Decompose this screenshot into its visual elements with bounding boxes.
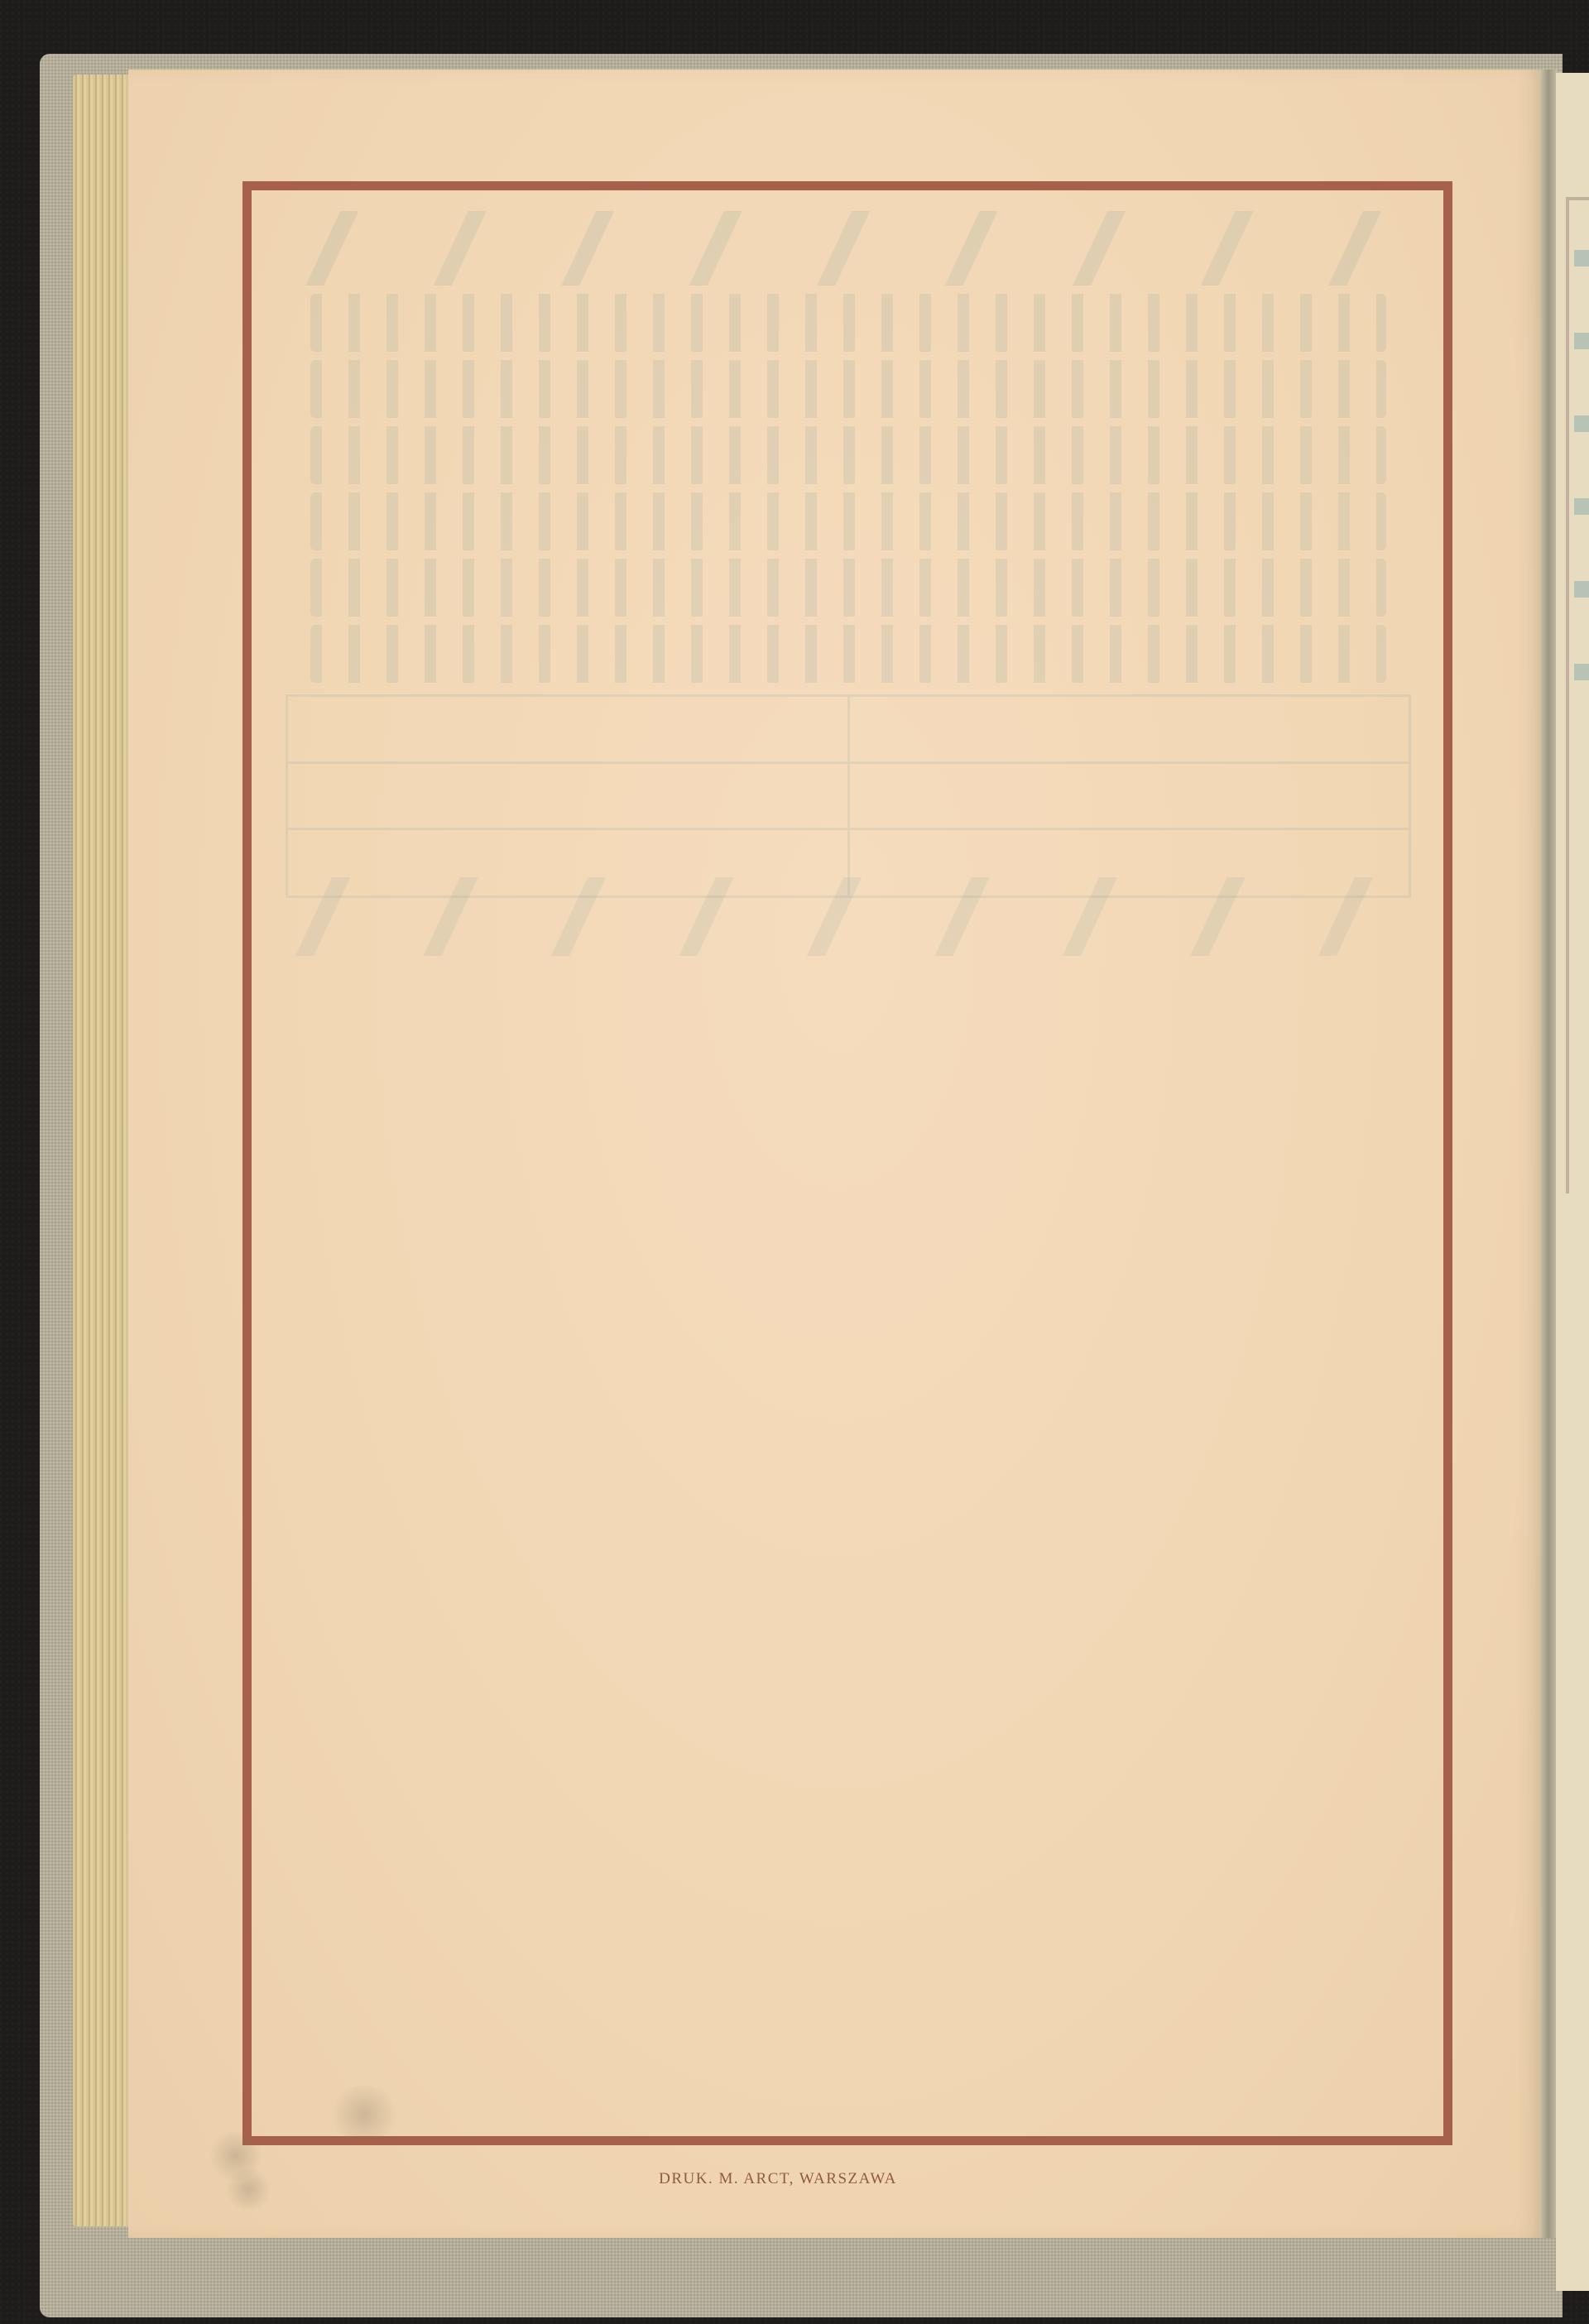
book-gutter [1539,70,1558,2238]
decorative-red-frame [242,181,1452,2145]
printer-imprint-text: DRUK. M. ARCT, WARSZAWA [659,2170,897,2187]
stain [327,2086,401,2144]
facing-page-edge [1556,73,1589,2291]
printer-imprint: DRUK. M. ARCT, WARSZAWA [0,2170,1589,2188]
facing-page-ornament [1566,197,1589,1193]
page-edges [73,74,132,2226]
